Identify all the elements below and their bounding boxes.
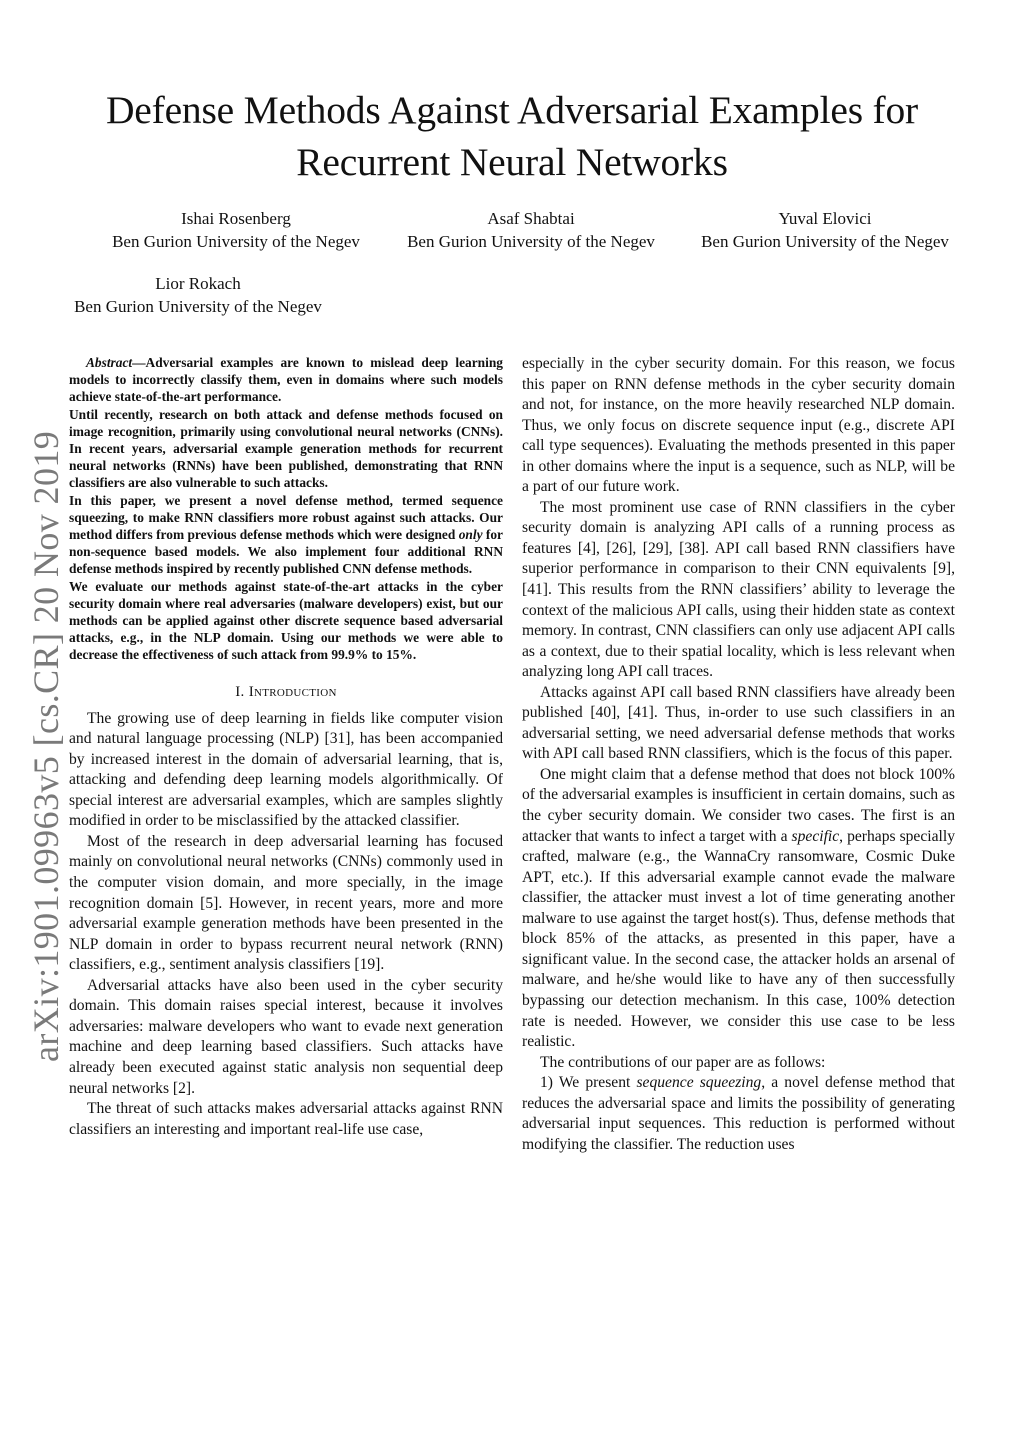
left-column: Abstract—Adversarial examples are known … [69, 354, 503, 1140]
paper-title: Defense Methods Against Adversarial Exam… [40, 84, 984, 188]
right-column: especially in the cyber security domain.… [522, 354, 955, 1155]
body-paragraph: The threat of such attacks makes adversa… [69, 1099, 503, 1140]
abstract: Abstract—Adversarial examples are known … [69, 354, 503, 664]
abstract-dash: — [132, 355, 145, 370]
body-paragraph: The growing use of deep learning in fiel… [69, 709, 503, 832]
section-heading: I. Introduction [69, 682, 503, 702]
author-name: Ishai Rosenberg [88, 207, 384, 230]
title-line-1: Defense Methods Against Adversarial Exam… [106, 88, 918, 132]
body-paragraph: especially in the cyber security domain.… [522, 354, 955, 498]
body-emphasis: sequence squeezing [636, 1074, 761, 1091]
abstract-label: Abstract [86, 355, 132, 370]
abstract-paragraph: In this paper, we present a novel defens… [69, 492, 503, 578]
abstract-paragraph: Until recently, research on both attack … [69, 406, 503, 492]
author-affiliation: Ben Gurion University of the Negev [383, 230, 679, 253]
body-paragraph: The most prominent use case of RNN class… [522, 498, 955, 683]
author-block: Yuval Elovici Ben Gurion University of t… [677, 207, 973, 253]
body-paragraph: One might claim that a defense method th… [522, 765, 955, 1053]
body-text: , perhaps specially crafted, malware (e.… [522, 828, 955, 1050]
title-line-2: Recurrent Neural Networks [296, 140, 728, 184]
abstract-paragraph: Abstract—Adversarial examples are known … [69, 354, 503, 406]
intro-body-right: especially in the cyber security domain.… [522, 354, 955, 1155]
abstract-text: In this paper, we present a novel defens… [69, 493, 503, 542]
body-emphasis: specific [792, 828, 840, 845]
author-affiliation: Ben Gurion University of the Negev [677, 230, 973, 253]
author-name: Lior Rokach [50, 272, 346, 295]
section-title: Introduction [249, 684, 337, 700]
author-block: Lior Rokach Ben Gurion University of the… [50, 272, 346, 318]
body-paragraph: Most of the research in deep adversarial… [69, 832, 503, 976]
body-paragraph: Adversarial attacks have also been used … [69, 976, 503, 1099]
abstract-emphasis: only [459, 527, 483, 542]
body-text: 1) We present [540, 1074, 636, 1091]
author-block: Ishai Rosenberg Ben Gurion University of… [88, 207, 384, 253]
author-affiliation: Ben Gurion University of the Negev [88, 230, 384, 253]
author-name: Asaf Shabtai [383, 207, 679, 230]
intro-body-left: The growing use of deep learning in fiel… [69, 709, 503, 1140]
contribution-item: 1) We present sequence squeezing, a nove… [522, 1073, 955, 1155]
body-paragraph: Attacks against API call based RNN class… [522, 683, 955, 765]
section-number: I. [235, 684, 244, 700]
author-name: Yuval Elovici [677, 207, 973, 230]
author-affiliation: Ben Gurion University of the Negev [50, 295, 346, 318]
abstract-paragraph: We evaluate our methods against state-of… [69, 578, 503, 664]
arxiv-stamp: arXiv:1901.09963v5 [cs.CR] 20 Nov 2019 [28, 431, 64, 1062]
author-block: Asaf Shabtai Ben Gurion University of th… [383, 207, 679, 253]
body-paragraph: The contributions of our paper are as fo… [522, 1053, 955, 1074]
